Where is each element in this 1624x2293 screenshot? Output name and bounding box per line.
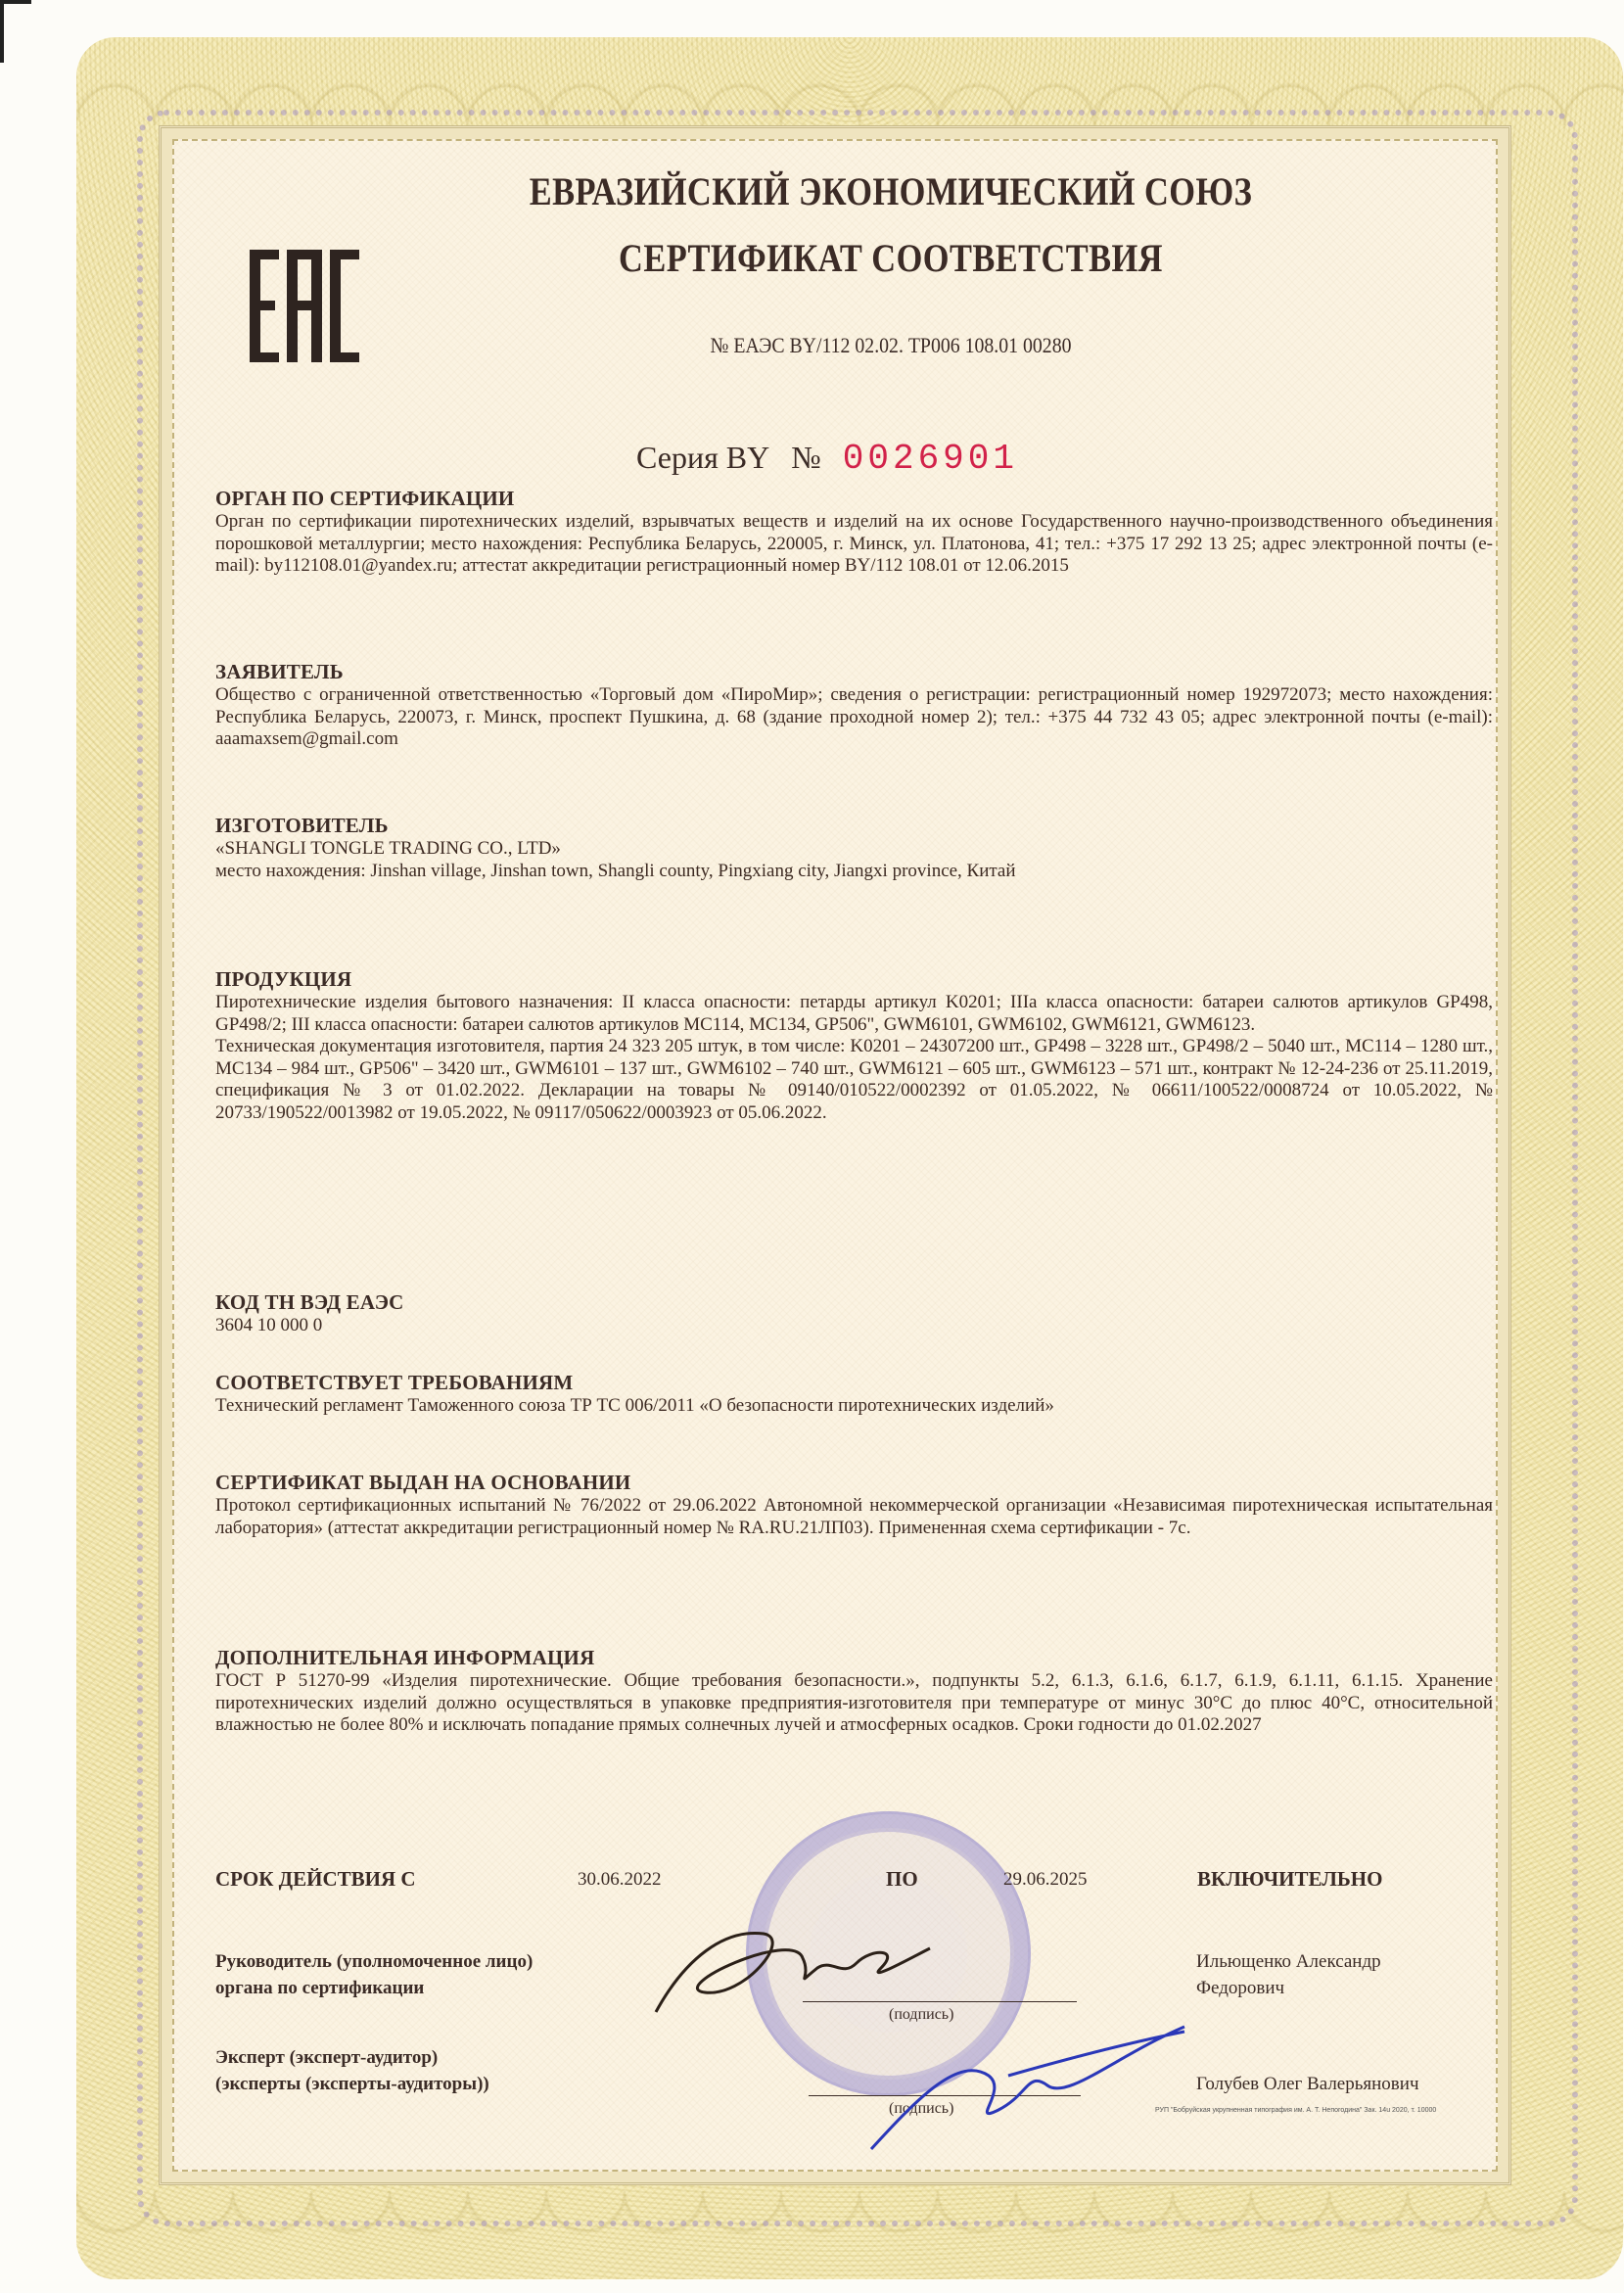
validity-period: СРОК ДЕЙСТВИЯ С 30.06.2022 ПО 29.06.2025… [215,1867,1488,1896]
head-signature-caption: (подпись) [889,2006,953,2024]
validity-from-date: 30.06.2022 [578,1869,662,1891]
registration-number: № ЕАЭС BY/112 02.02. ТР006 108.01 00280 [406,333,1375,358]
validity-to-date: 29.06.2025 [1003,1869,1088,1891]
section-heading: КОД ТН ВЭД ЕАЭС [215,1290,1493,1315]
section-heading: ОРГАН ПО СЕРТИФИКАЦИИ [215,487,1493,511]
manufacturer-address: место нахождения: Jinshan village, Jinsh… [215,861,1493,883]
eac-logo-icon [250,250,367,362]
section-text: Технический регламент Таможенного союза … [215,1395,1493,1418]
section-text: Орган по сертификации пиротехнических из… [215,511,1493,578]
products-documentation: Техническая документация изготовителя, п… [215,1036,1493,1124]
scan-corner-mark [0,0,31,63]
section-text: Протокол сертификационных испытаний № 76… [215,1495,1493,1539]
section-heading: СООТВЕТСТВУЕТ ТРЕБОВАНИЯМ [215,1371,1493,1395]
validity-inclusive-label: ВКЛЮЧИТЕЛЬНО [1197,1867,1382,1892]
section-heading: ИЗГОТОВИТЕЛЬ [215,814,1493,838]
union-title: ЕВРАЗИЙСКИЙ ЭКОНОМИЧЕСКИЙ СОЮЗ [428,168,1354,214]
manufacturer-name: «SHANGLI TONGLE TRADING CO., LTD» [215,838,1493,861]
head-label-line1: Руководитель (уполномоченное лицо) [215,1948,533,1975]
printer-imprint: РУП "Бобруйская укрупненная типография и… [1155,2107,1436,2114]
section-hs-code: КОД ТН ВЭД ЕАЭС 3604 10 000 0 [215,1290,1493,1337]
section-heading: ДОПОЛНИТЕЛЬНАЯ ИНФОРМАЦИЯ [215,1646,1493,1670]
blank-number: 0026901 [843,439,1018,479]
section-heading: ПРОДУКЦИЯ [215,967,1493,992]
section-conformity: СООТВЕТСТВУЕТ ТРЕБОВАНИЯМ Технический ре… [215,1371,1493,1418]
official-stamp [746,1811,1031,2096]
section-applicant: ЗАЯВИТЕЛЬ Общество с ограниченной ответс… [215,660,1493,751]
blank-series: Серия BY № 0026901 [636,439,1018,479]
section-heading: СЕРТИФИКАТ ВЫДАН НА ОСНОВАНИИ [215,1471,1493,1495]
series-label: Серия BY [636,440,769,476]
head-name-line1: Ильющенко Александр [1196,1948,1381,1975]
hs-code-value: 3604 10 000 0 [215,1315,1493,1337]
section-certification-body: ОРГАН ПО СЕРТИФИКАЦИИ Орган по сертифика… [215,487,1493,578]
validity-from-label: СРОК ДЕЙСТВИЯ С [215,1867,416,1892]
head-signatory-name: Ильющенко Александр Федорович [1196,1948,1381,2001]
section-products: ПРОДУКЦИЯ Пиротехнические изделия бытово… [215,967,1493,1124]
head-signatory-label: Руководитель (уполномоченное лицо) орган… [215,1948,533,2001]
validity-to-label: ПО [886,1867,918,1892]
head-signature-line [803,2001,1077,2002]
section-manufacturer: ИЗГОТОВИТЕЛЬ «SHANGLI TONGLE TRADING CO.… [215,814,1493,882]
expert-signature-caption: (подпись) [889,2100,953,2118]
expert-label-line1: Эксперт (эксперт-аудитор) [215,2044,489,2071]
expert-signatory-name: Голубев Олег Валерьянович [1196,2071,1419,2097]
head-name-line2: Федорович [1196,1975,1381,2001]
products-description: Пиротехнические изделия бытового назначе… [215,992,1493,1036]
section-heading: ЗАЯВИТЕЛЬ [215,660,1493,684]
head-label-line2: органа по сертификации [215,1975,533,2001]
document-title: СЕРТИФИКАТ СООТВЕТСТВИЯ [428,235,1354,281]
expert-signatory-label: Эксперт (эксперт-аудитор) (эксперты (экс… [215,2044,489,2097]
number-sign: № [791,440,821,476]
expert-label-line2: (эксперты (эксперты-аудиторы)) [215,2071,489,2097]
section-text: Общество с ограниченной ответственностью… [215,684,1493,751]
expert-signature-line [809,2095,1081,2096]
section-basis: СЕРТИФИКАТ ВЫДАН НА ОСНОВАНИИ Протокол с… [215,1471,1493,1539]
section-additional-info: ДОПОЛНИТЕЛЬНАЯ ИНФОРМАЦИЯ ГОСТ Р 51270-9… [215,1646,1493,1737]
section-text: ГОСТ Р 51270-99 «Изделия пиротехнические… [215,1670,1493,1737]
